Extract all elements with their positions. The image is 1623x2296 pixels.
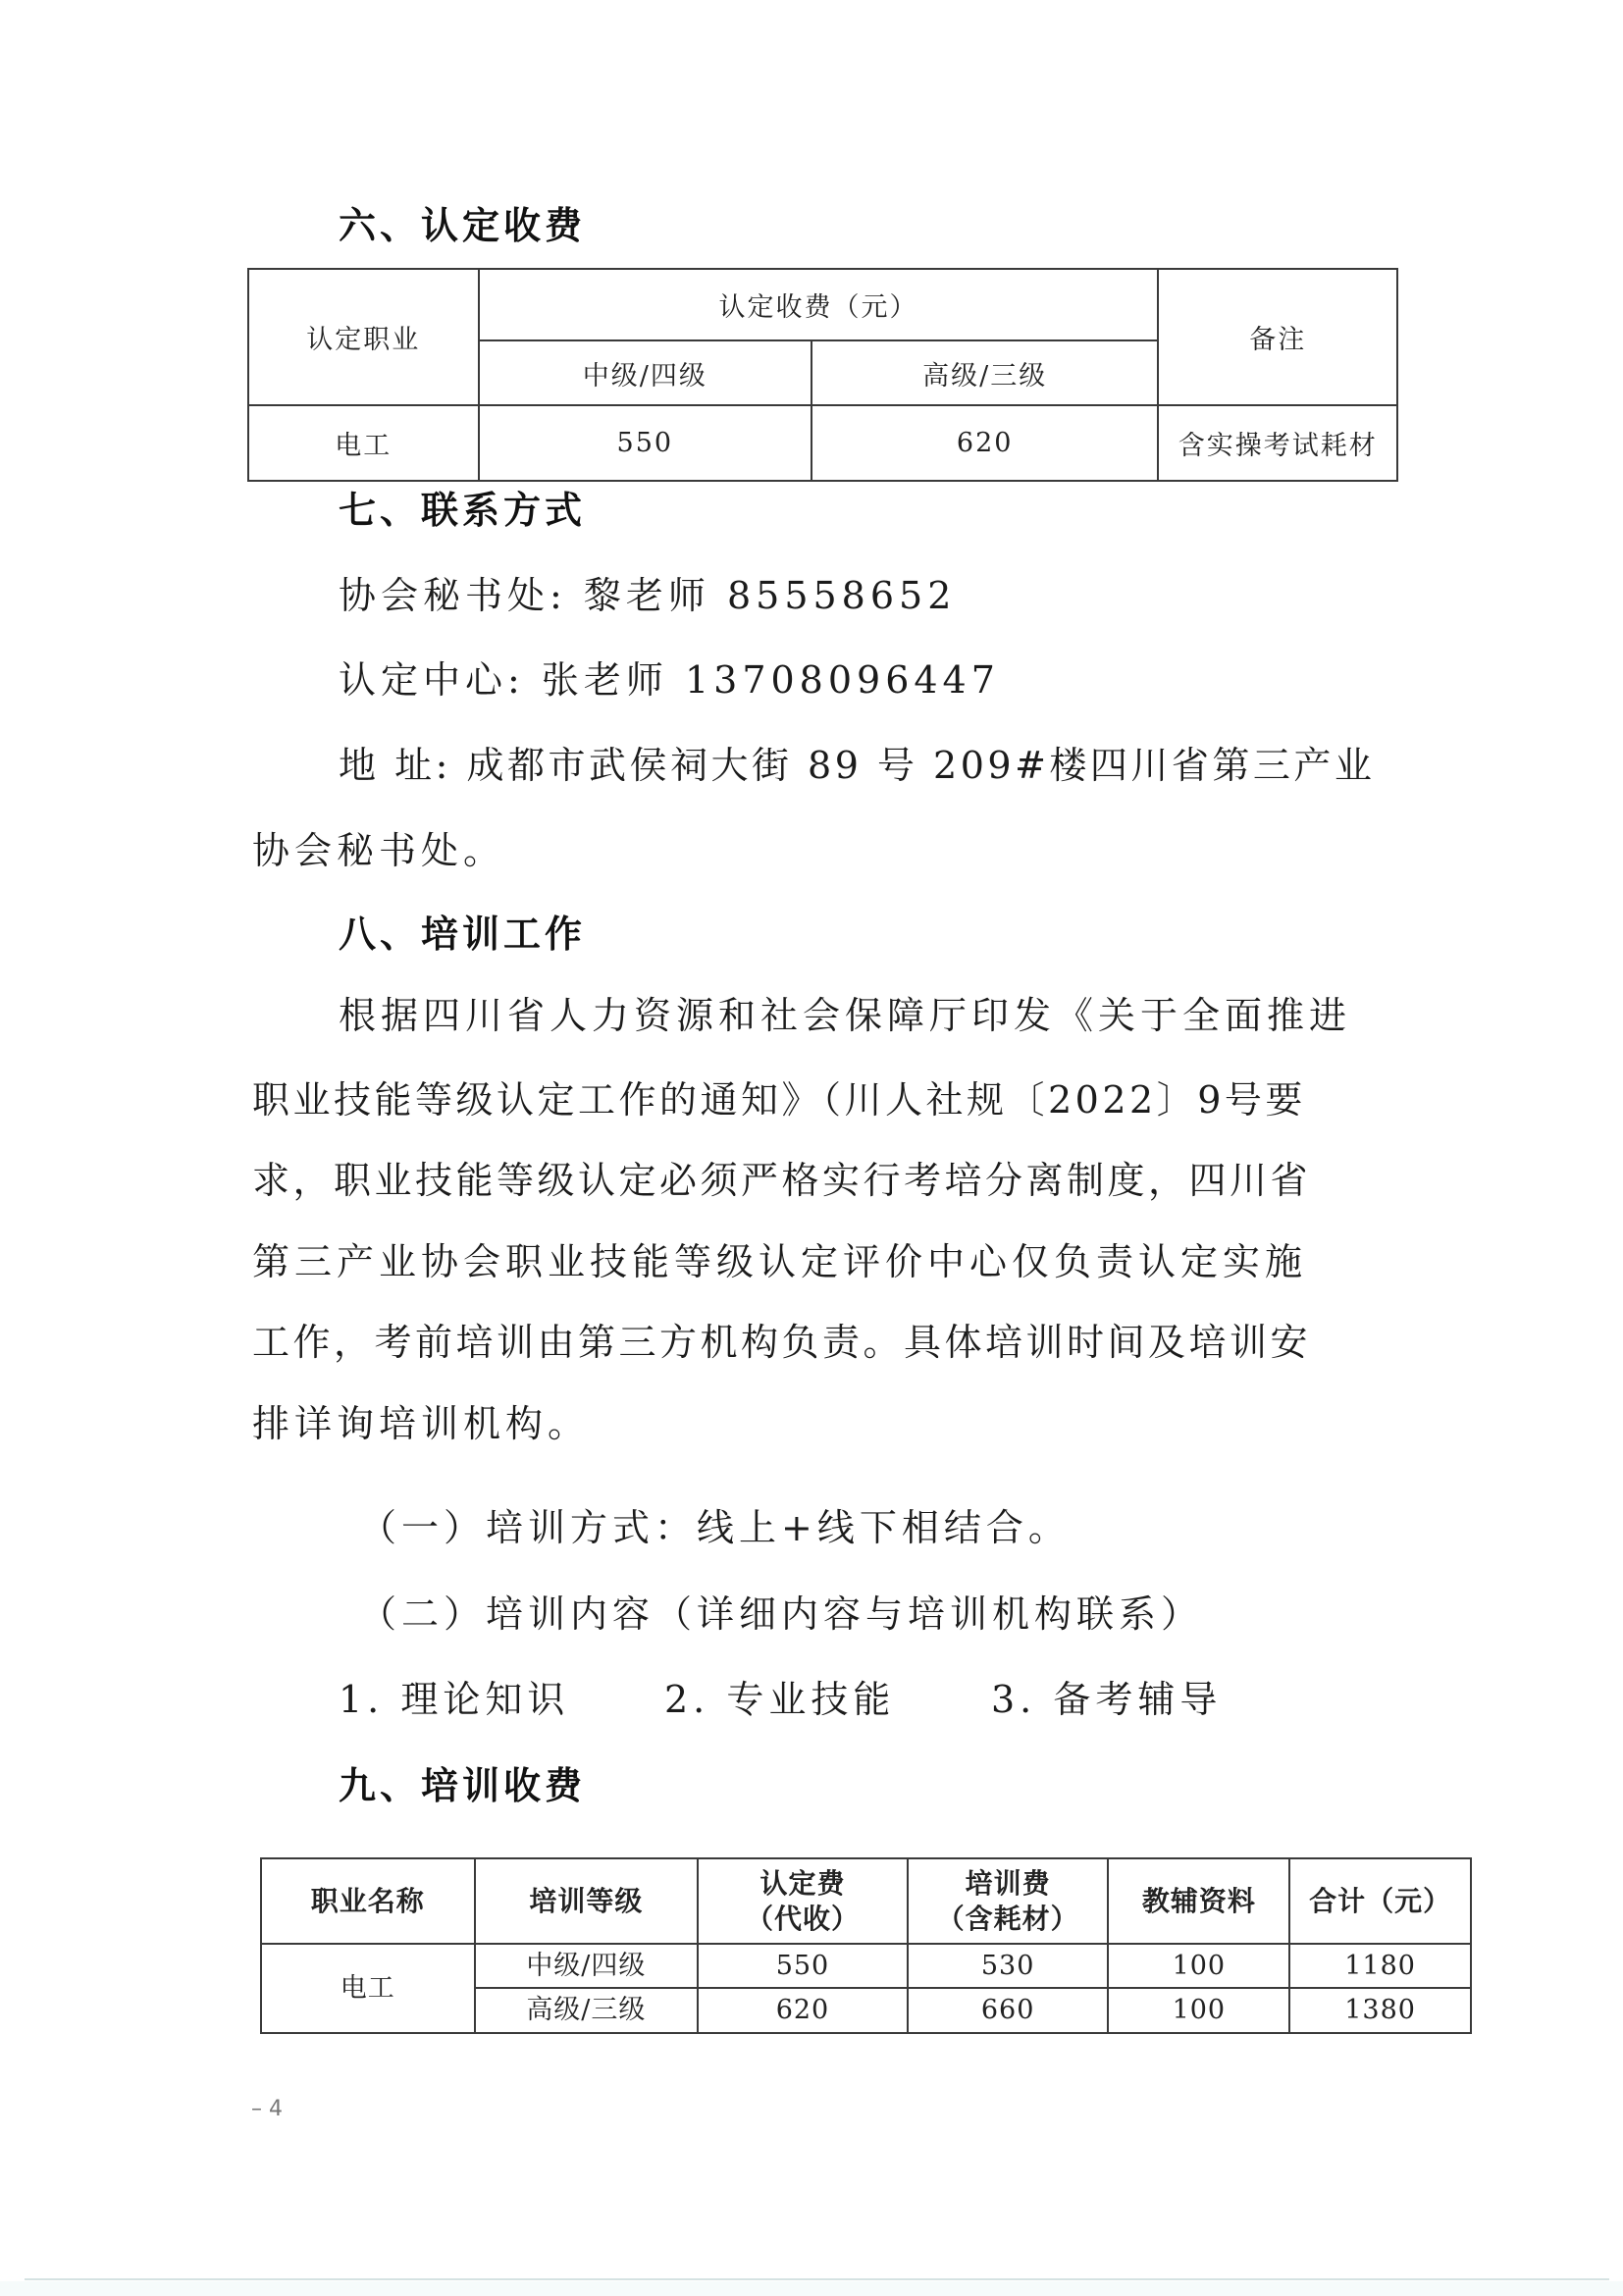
paragraph-line-2: 职业技能等级认定工作的通知》（川人社规〔2022〕9号要 xyxy=(252,1076,1306,1123)
header-remark: 备注 xyxy=(1158,269,1397,405)
scan-edge-line xyxy=(25,2278,1609,2280)
cell-materials: 100 xyxy=(1108,1944,1289,1988)
section-7-heading: 七、联系方式 xyxy=(339,487,586,534)
scan-edge-tint xyxy=(0,2281,1623,2296)
cell-level: 中级/四级 xyxy=(475,1944,699,1988)
header-cert-fee-line2: （代收） xyxy=(699,1902,907,1937)
header-training-level: 培训等级 xyxy=(475,1858,699,1944)
paragraph-line-5: 工作，考前培训由第三方机构负责。具体培训时间及培训安 xyxy=(252,1319,1311,1366)
page-number: – 4 xyxy=(251,2097,283,2121)
cell-training-fee: 530 xyxy=(908,1944,1109,1988)
cell-mid-level-fee: 550 xyxy=(479,405,811,481)
certification-fee-table: 认定职业 认定收费（元） 备注 中级/四级 高级/三级 电工 550 620 含… xyxy=(247,268,1398,482)
section-6-heading: 六、认定收费 xyxy=(339,202,586,249)
training-item-1: 1. 理论知识 xyxy=(339,1676,569,1723)
cell-cert-fee: 550 xyxy=(698,1944,908,1988)
cell-materials: 100 xyxy=(1108,1988,1289,2033)
header-mid-level: 中级/四级 xyxy=(479,340,811,405)
contact-secretariat: 协会秘书处: 黎老师 85558652 xyxy=(339,572,956,619)
cell-remark: 含实操考试耗材 xyxy=(1158,405,1397,481)
training-content: （二）培训内容（详细内容与培训机构联系） xyxy=(359,1591,1203,1638)
header-cert-fee-line1: 认定费 xyxy=(699,1866,907,1902)
header-training-fee-line2: （含耗材） xyxy=(909,1902,1108,1937)
section-8-heading: 八、培训工作 xyxy=(339,911,586,958)
cell-total: 1380 xyxy=(1289,1988,1471,2033)
header-occupation-name: 职业名称 xyxy=(261,1858,475,1944)
paragraph-line-1: 根据四川省人力资源和社会保障厅印发《关于全面推进 xyxy=(339,992,1351,1039)
paragraph-line-3: 求，职业技能等级认定必须严格实行考培分离制度，四川省 xyxy=(252,1157,1311,1204)
header-occupation: 认定职业 xyxy=(248,269,479,405)
cell-training-fee: 660 xyxy=(908,1988,1109,2033)
header-cert-fee: 认定费 （代收） xyxy=(698,1858,908,1944)
contact-address-continuation: 协会秘书处。 xyxy=(252,827,505,874)
training-item-2: 2. 专业技能 xyxy=(664,1676,895,1723)
contact-address: 地 址: 成都市武侯祠大街 89 号 209#楼四川省第三产业 xyxy=(339,742,1375,789)
table-row: 电工 550 620 含实操考试耗材 xyxy=(248,405,1397,481)
header-training-fee: 培训费 （含耗材） xyxy=(908,1858,1109,1944)
header-training-fee-line1: 培训费 xyxy=(909,1866,1108,1902)
training-fee-table: 职业名称 培训等级 认定费 （代收） 培训费 （含耗材） 教辅资料 合计（元） … xyxy=(260,1857,1472,2034)
header-total: 合计（元） xyxy=(1289,1858,1471,1944)
header-high-level: 高级/三级 xyxy=(811,340,1158,405)
training-item-3: 3. 备考辅导 xyxy=(991,1676,1222,1723)
contact-center: 认定中心: 张老师 13708096447 xyxy=(339,656,1000,704)
training-method: （一）培训方式：线上+线下相结合。 xyxy=(359,1504,1071,1551)
cell-high-level-fee: 620 xyxy=(811,405,1158,481)
paragraph-line-4: 第三产业协会职业技能等级认定评价中心仅负责认定实施 xyxy=(252,1238,1307,1285)
cell-occupation: 电工 xyxy=(248,405,479,481)
cell-level: 高级/三级 xyxy=(475,1988,699,2033)
cell-cert-fee: 620 xyxy=(698,1988,908,2033)
cell-occupation: 电工 xyxy=(261,1944,475,2033)
paragraph-line-6: 排详询培训机构。 xyxy=(252,1400,590,1447)
section-9-heading: 九、培训收费 xyxy=(339,1762,586,1809)
header-fee-group: 认定收费（元） xyxy=(479,269,1159,340)
header-materials: 教辅资料 xyxy=(1108,1858,1289,1944)
table-row: 电工 中级/四级 550 530 100 1180 xyxy=(261,1944,1471,1988)
cell-total: 1180 xyxy=(1289,1944,1471,1988)
